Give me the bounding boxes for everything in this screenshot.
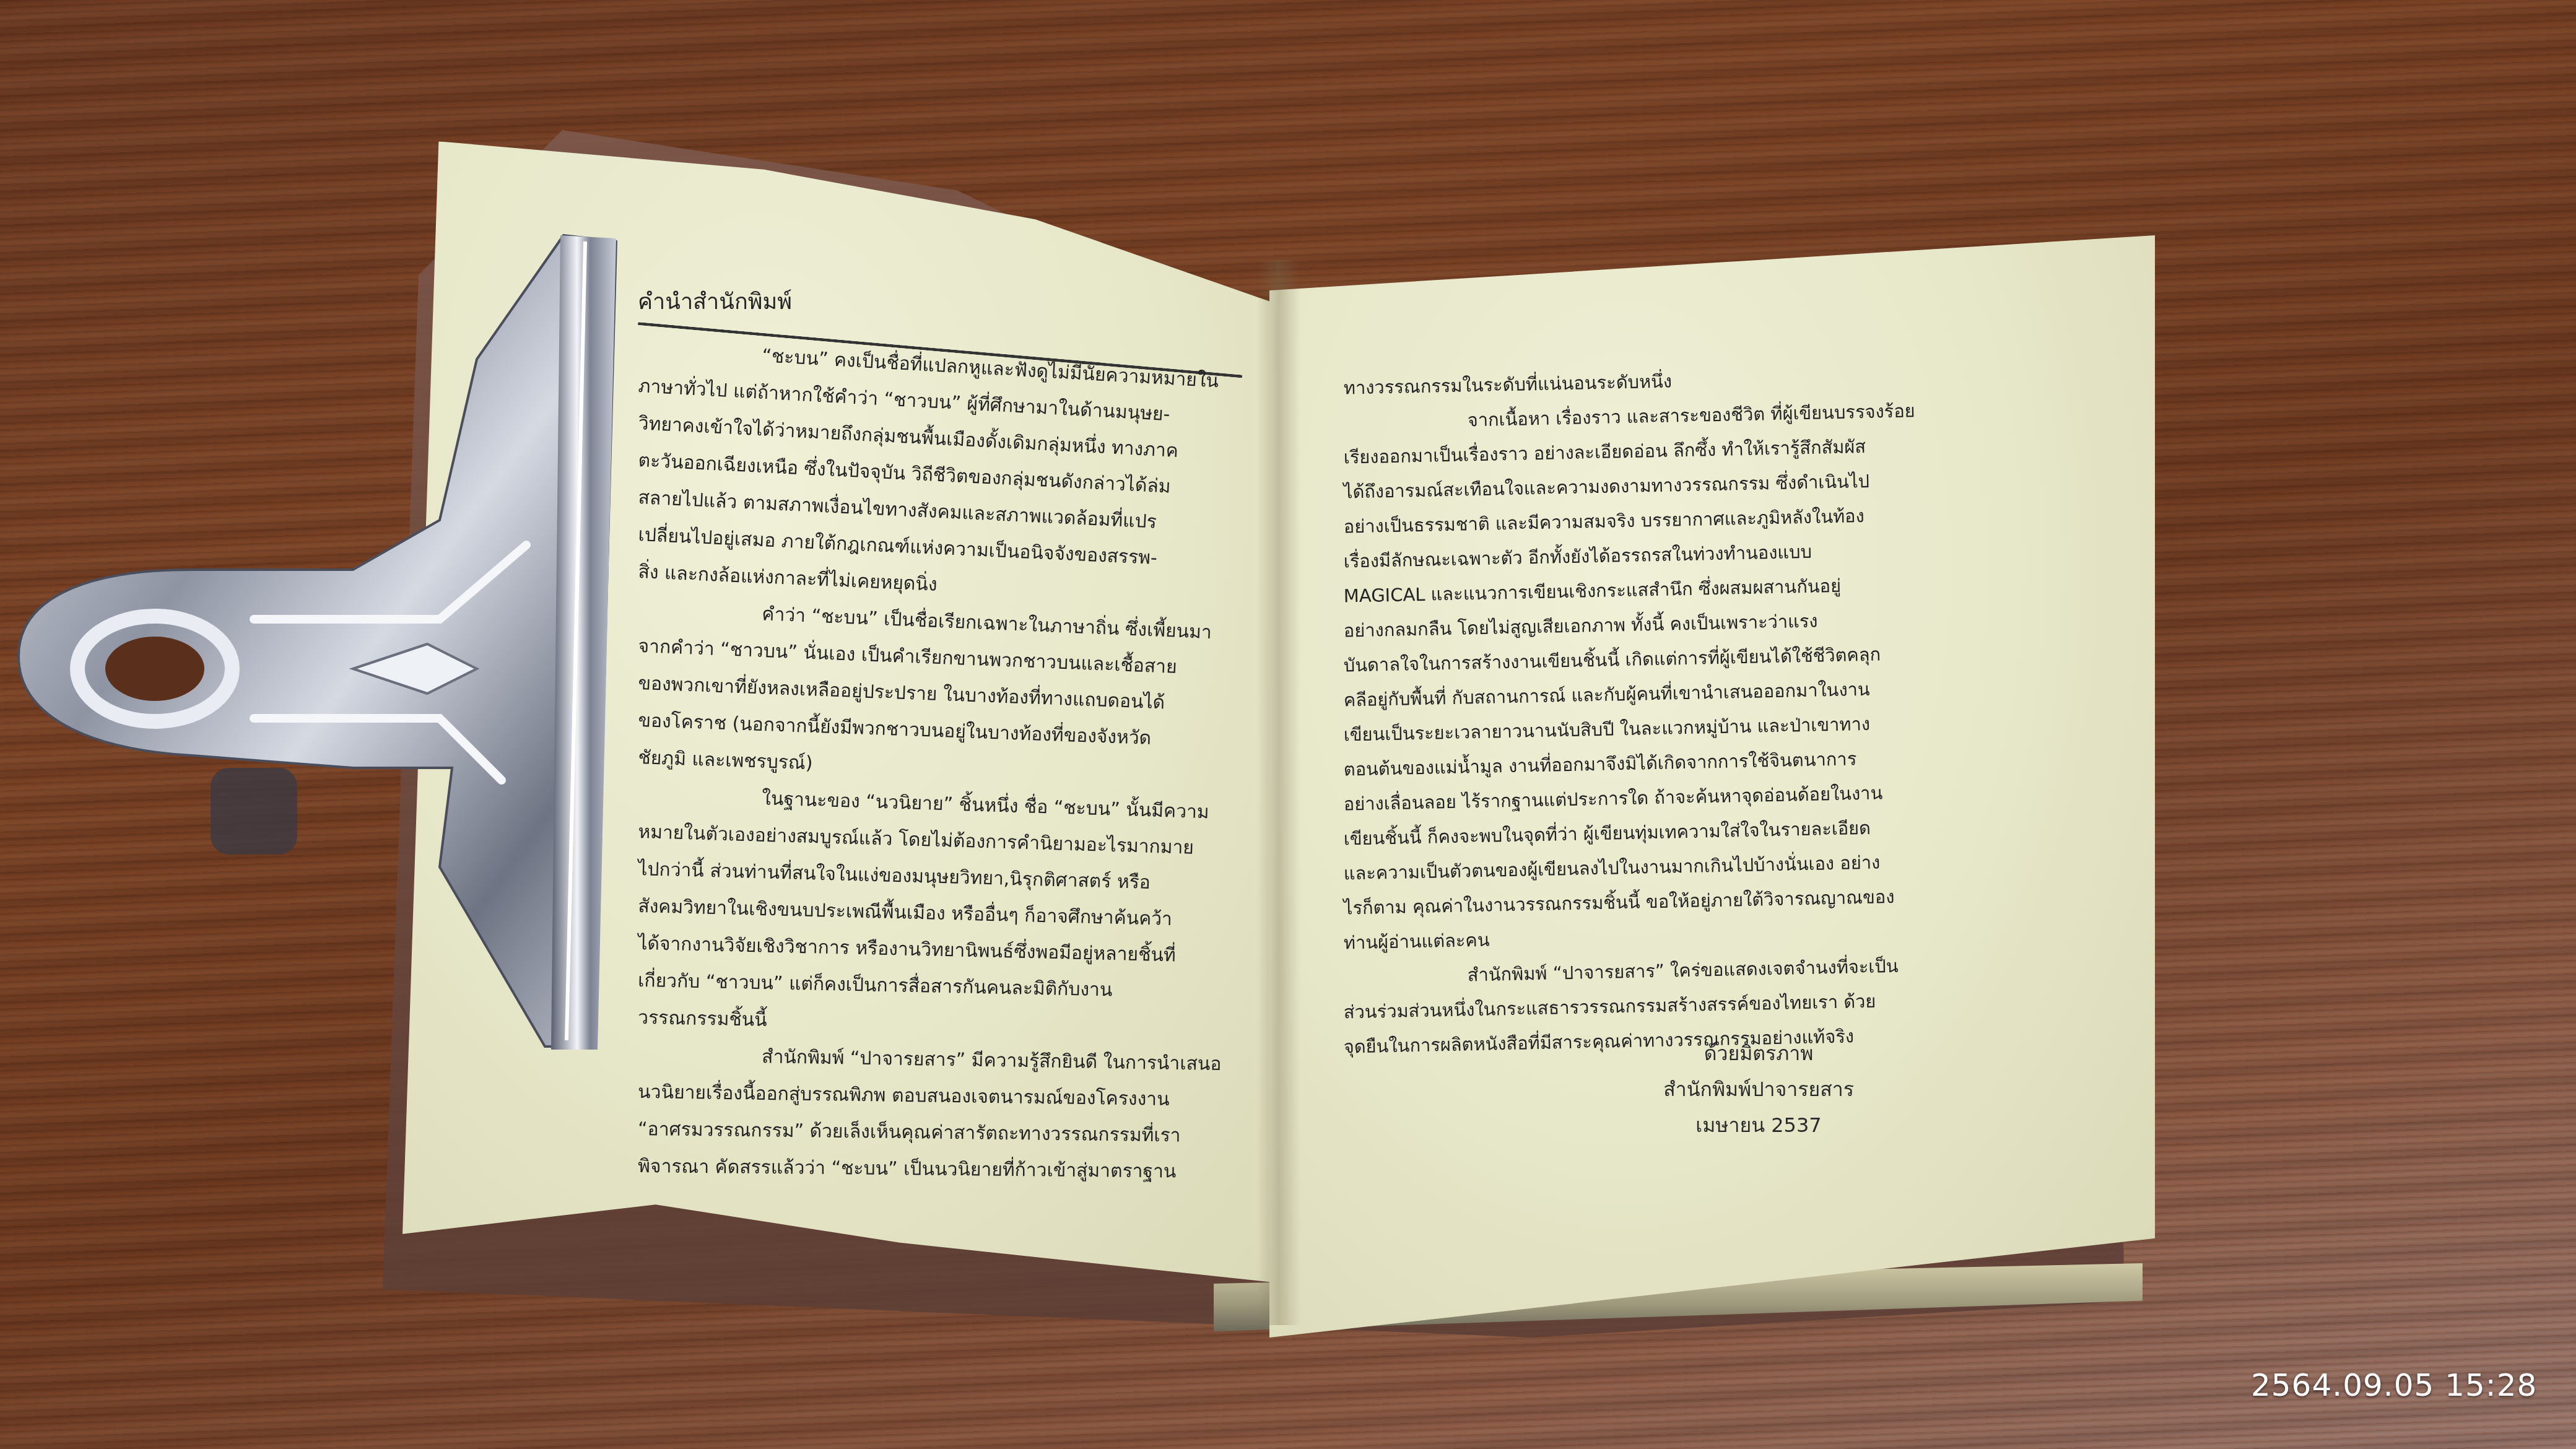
left-page-text-line: พิจารณา คัดสรรแล้วว่า “ชะบน” เป็นนวนิยาย… — [638, 1157, 1264, 1201]
signature-publisher: สำนักพิมพ์ปาจารยสาร — [1647, 1079, 1870, 1115]
book-gutter — [1257, 260, 1300, 1325]
camera-timestamp: 2564.09.05 15:28 — [2251, 1367, 2537, 1403]
page-heading: คำนำสำนักพิมพ์ — [638, 291, 1263, 313]
right-page-text: ทางวรรณกรรมในระดับที่แน่นอนระดับหนึ่งจาก… — [1344, 372, 2087, 1065]
right-page-paragraphs: ทางวรรณกรรมในระดับที่แน่นอนระดับหนึ่งจาก… — [1344, 372, 2087, 1065]
signature-date: เมษายน 2537 — [1647, 1115, 1870, 1151]
bulldog-clip-icon — [6, 223, 638, 1152]
left-page-paragraphs: “ชะบน” คงเป็นชื่อที่แปลกหูและฟังดูไม่มีน… — [638, 340, 1263, 1194]
signature-closing: ด้วยมิตรภาพ — [1647, 1043, 1870, 1079]
publisher-signature: ด้วยมิตรภาพ สำนักพิมพ์ปาจารยสาร เมษายน 2… — [1647, 1043, 1870, 1151]
left-page-text: คำนำสำนักพิมพ์ “ชะบน” คงเป็นชื่อที่แปลกห… — [638, 291, 1263, 1194]
